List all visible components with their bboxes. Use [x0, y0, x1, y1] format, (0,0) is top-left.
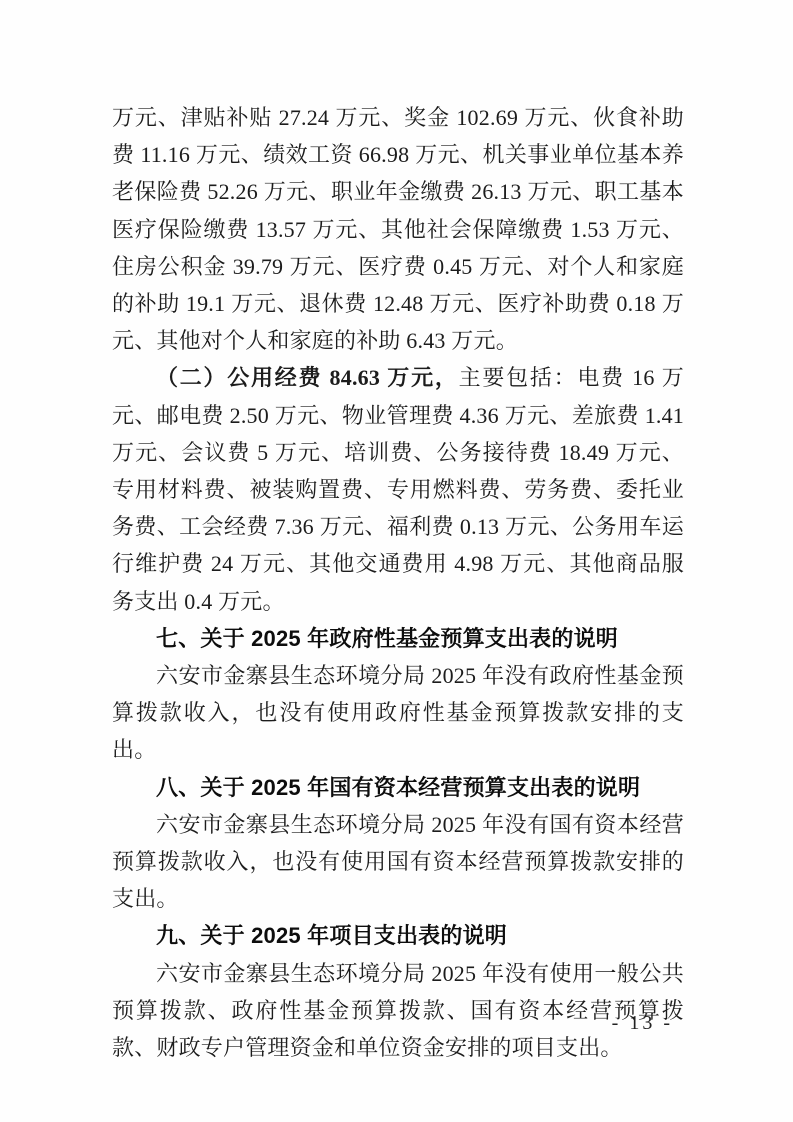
paragraph-section-7: 六安市金寨县生态环境分局 2025 年没有政府性基金预算拨款收入，也没有使用政府… — [112, 657, 684, 769]
paragraph-public-expense: （二）公用经费 84.63 万元，主要包括：电费 16 万元、邮电费 2.50 … — [112, 359, 684, 619]
section-heading-7-government-fund-budget: 七、关于 2025 年政府性基金预算支出表的说明 — [112, 620, 684, 657]
section-heading-9-project-expenditure: 九、关于 2025 年项目支出表的说明 — [112, 917, 684, 954]
paragraph-section-9: 六安市金寨县生态环境分局 2025 年没有使用一般公共预算拨款、政府性基金预算拨… — [112, 955, 684, 1067]
paragraph-section-8: 六安市金寨县生态环境分局 2025 年没有国有资本经营预算拨款收入，也没有使用国… — [112, 806, 684, 918]
public-expense-detail: 主要包括：电费 16 万元、邮电费 2.50 万元、物业管理费 4.36 万元、… — [112, 365, 684, 613]
paragraph-personnel-expense-continued: 万元、津贴补贴 27.24 万元、奖金 102.69 万元、伙食补助费 11.1… — [112, 99, 684, 359]
document-page: 万元、津贴补贴 27.24 万元、奖金 102.69 万元、伙食补助费 11.1… — [0, 0, 793, 1122]
document-body: 万元、津贴补贴 27.24 万元、奖金 102.69 万元、伙食补助费 11.1… — [112, 99, 684, 1066]
section-heading-8-state-capital-budget: 八、关于 2025 年国有资本经营预算支出表的说明 — [112, 769, 684, 806]
page-number: - 13 - — [612, 1010, 673, 1036]
public-expense-bold-lead: （二）公用经费 84.63 万元， — [156, 365, 459, 390]
